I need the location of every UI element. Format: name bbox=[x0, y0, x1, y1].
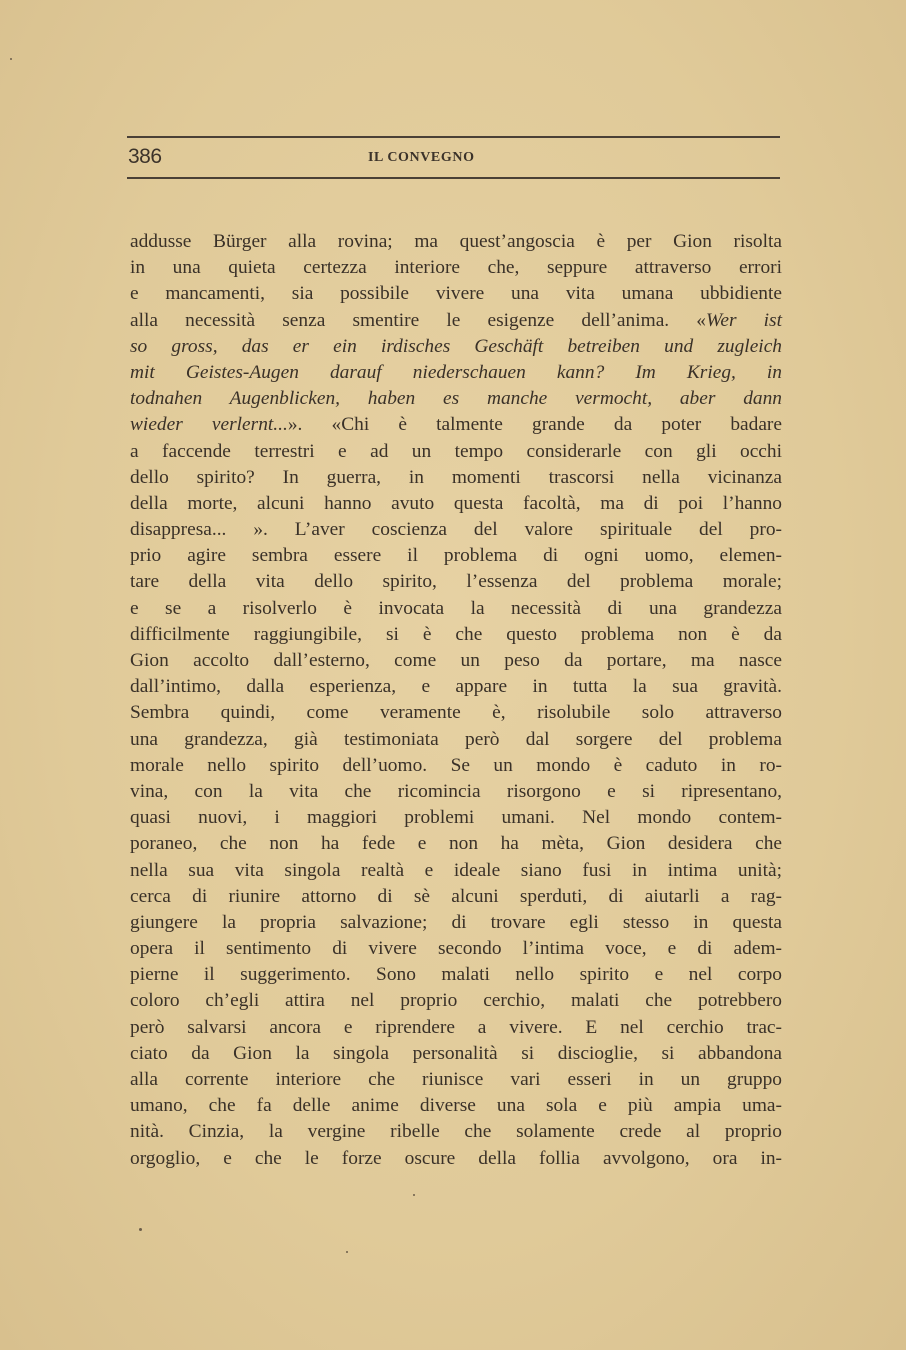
text-line: dall’intimo, dalla esperienza, e appare … bbox=[130, 674, 782, 700]
text-line: disappresa... ». L’aver coscienza del va… bbox=[130, 517, 782, 543]
text-line: e mancamenti, sia possibile vivere una v… bbox=[130, 281, 782, 307]
text-line: e se a risolverlo è invocata la necessit… bbox=[130, 596, 782, 622]
page-number: 386 bbox=[128, 145, 162, 169]
text-italic-quote: mit Geistes-Augen darauf niederschauen k… bbox=[130, 362, 782, 383]
text-line: tare della vita dello spirito, l’essenza… bbox=[130, 569, 782, 595]
text-line: poraneo, che non ha fede e non ha mèta, … bbox=[130, 831, 782, 857]
text-line: giungere la propria salvazione; di trova… bbox=[130, 910, 782, 936]
text-italic-quote: todnahen Augenblicken, haben es manche v… bbox=[130, 388, 782, 409]
header-top-rule bbox=[127, 136, 780, 138]
text-line: una grandezza, già testimoniata però dal… bbox=[130, 727, 782, 753]
text-roman: giungere la propria salvazione; di trova… bbox=[130, 912, 782, 933]
text-line: cerca di riunire attorno di sè alcuni sp… bbox=[130, 884, 782, 910]
text-roman: orgoglio, e che le forze oscure della fo… bbox=[130, 1148, 782, 1169]
paper-speck bbox=[346, 1251, 348, 1253]
text-roman: dello spirito? In guerra, in momenti tra… bbox=[130, 467, 782, 488]
text-roman: Sembra quindi, come veramente è, risolub… bbox=[130, 702, 782, 723]
text-roman: tare della vita dello spirito, l’essenza… bbox=[130, 571, 782, 592]
text-line: addusse Bürger alla rovina; ma quest’ang… bbox=[130, 229, 782, 255]
text-line: alla necessità senza smentire le esigenz… bbox=[130, 308, 782, 334]
text-line: wieder verlernt...». «Chi è talmente gra… bbox=[130, 412, 782, 438]
text-line: morale nello spirito dell’uomo. Se un mo… bbox=[130, 753, 782, 779]
text-line: coloro ch’egli attira nel proprio cerchi… bbox=[130, 988, 782, 1014]
text-line: mit Geistes-Augen darauf niederschauen k… bbox=[130, 360, 782, 386]
text-line: opera il sentimento di vivere secondo l’… bbox=[130, 936, 782, 962]
text-line: a faccende terrestri e ad un tempo consi… bbox=[130, 439, 782, 465]
text-italic-quote: so gross, das er ein irdisches Geschäft … bbox=[130, 336, 782, 357]
text-roman: dall’intimo, dalla esperienza, e appare … bbox=[130, 676, 782, 697]
text-roman: nità. Cinzia, la vergine ribelle che sol… bbox=[130, 1121, 782, 1142]
text-roman: pierne il suggerimento. Sono malati nell… bbox=[130, 964, 782, 985]
header-bottom-rule bbox=[127, 177, 780, 179]
text-line: nità. Cinzia, la vergine ribelle che sol… bbox=[130, 1119, 782, 1145]
text-line: todnahen Augenblicken, haben es manche v… bbox=[130, 386, 782, 412]
text-roman: opera il sentimento di vivere secondo l’… bbox=[130, 938, 782, 959]
text-italic-quote: wieder verlernt... bbox=[130, 414, 288, 435]
text-line: nella sua vita singola realtà e ideale s… bbox=[130, 858, 782, 884]
text-italic-quote: Wer ist bbox=[706, 310, 782, 331]
text-line: alla corrente interiore che riunisce var… bbox=[130, 1067, 782, 1093]
paper-speck bbox=[413, 1194, 415, 1196]
running-head: 386 IL CONVEGNO bbox=[128, 143, 780, 173]
text-line: ciato da Gion la singola personalità si … bbox=[130, 1041, 782, 1067]
text-line: della morte, alcuni hanno avuto questa f… bbox=[130, 491, 782, 517]
text-roman: difficilmente raggiungibile, si è che qu… bbox=[130, 624, 782, 645]
body-paragraph: addusse Bürger alla rovina; ma quest’ang… bbox=[130, 229, 782, 1172]
text-roman: coloro ch’egli attira nel proprio cerchi… bbox=[130, 990, 782, 1011]
text-roman: e mancamenti, sia possibile vivere una v… bbox=[130, 283, 782, 304]
text-roman: a faccende terrestri e ad un tempo consi… bbox=[130, 441, 782, 462]
text-roman: della morte, alcuni hanno avuto questa f… bbox=[130, 493, 782, 514]
text-line: pierne il suggerimento. Sono malati nell… bbox=[130, 962, 782, 988]
text-roman: vina, con la vita che ricomincia risorgo… bbox=[130, 781, 782, 802]
text-roman: una grandezza, già testimoniata però dal… bbox=[130, 729, 782, 750]
text-line: difficilmente raggiungibile, si è che qu… bbox=[130, 622, 782, 648]
text-line: so gross, das er ein irdisches Geschäft … bbox=[130, 334, 782, 360]
paper-speck bbox=[139, 1228, 142, 1231]
text-roman: e se a risolverlo è invocata la necessit… bbox=[130, 598, 782, 619]
text-line: dello spirito? In guerra, in momenti tra… bbox=[130, 465, 782, 491]
text-roman: Gion accolto dall’esterno, come un peso … bbox=[130, 650, 782, 671]
text-roman: in una quieta certezza interiore che, se… bbox=[130, 257, 782, 278]
text-roman: ciato da Gion la singola personalità si … bbox=[130, 1043, 782, 1064]
text-line: orgoglio, e che le forze oscure della fo… bbox=[130, 1146, 782, 1172]
text-roman: prio agire sembra essere il problema di … bbox=[130, 545, 782, 566]
text-roman: quasi nuovi, i maggiori problemi umani. … bbox=[130, 807, 782, 828]
scanned-page: 386 IL CONVEGNO addusse Bürger alla rovi… bbox=[0, 0, 906, 1350]
text-roman: addusse Bürger alla rovina; ma quest’ang… bbox=[130, 231, 782, 252]
text-roman: nella sua vita singola realtà e ideale s… bbox=[130, 860, 782, 881]
text-line: però salvarsi ancora e riprendere a vive… bbox=[130, 1015, 782, 1041]
text-line: Gion accolto dall’esterno, come un peso … bbox=[130, 648, 782, 674]
text-line: quasi nuovi, i maggiori problemi umani. … bbox=[130, 805, 782, 831]
text-line: in una quieta certezza interiore che, se… bbox=[130, 255, 782, 281]
text-line: prio agire sembra essere il problema di … bbox=[130, 543, 782, 569]
text-roman: alla necessità senza smentire le esigenz… bbox=[130, 310, 706, 331]
paper-speck bbox=[10, 58, 12, 60]
text-roman: poraneo, che non ha fede e non ha mèta, … bbox=[130, 833, 782, 854]
text-roman: ». «Chi è talmente grande da poter badar… bbox=[288, 414, 782, 435]
text-line: vina, con la vita che ricomincia risorgo… bbox=[130, 779, 782, 805]
text-roman: però salvarsi ancora e riprendere a vive… bbox=[130, 1017, 782, 1038]
text-roman: morale nello spirito dell’uomo. Se un mo… bbox=[130, 755, 782, 776]
text-roman: umano, che fa delle anime diverse una so… bbox=[130, 1095, 782, 1116]
text-line: Sembra quindi, come veramente è, risolub… bbox=[130, 700, 782, 726]
journal-title: IL CONVEGNO bbox=[368, 150, 475, 166]
text-roman: cerca di riunire attorno di sè alcuni sp… bbox=[130, 886, 782, 907]
text-line: umano, che fa delle anime diverse una so… bbox=[130, 1093, 782, 1119]
text-roman: alla corrente interiore che riunisce var… bbox=[130, 1069, 782, 1090]
text-roman: disappresa... ». L’aver coscienza del va… bbox=[130, 519, 782, 540]
